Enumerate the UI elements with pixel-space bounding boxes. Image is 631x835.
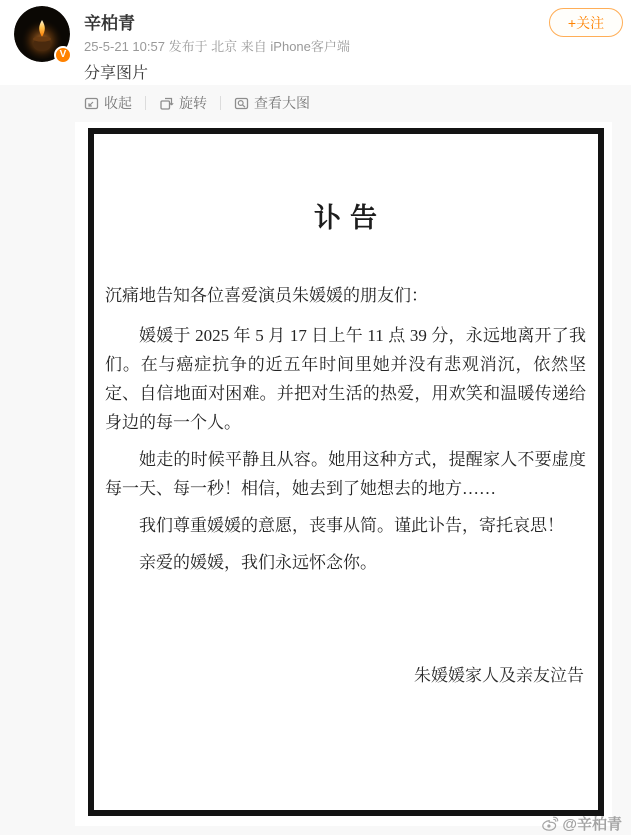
rotate-button[interactable]: 旋转 [159, 93, 207, 113]
username[interactable]: 辛柏青 [84, 9, 135, 34]
obituary-paragraph: 我们尊重媛媛的意愿，丧事从简。谨此讣告，寄托哀思！ [105, 511, 586, 540]
obituary-salutation: 沉痛地告知各位喜爱演员朱媛媛的朋友们： [105, 281, 586, 310]
rotate-label: 旋转 [179, 93, 207, 113]
obituary-paragraph: 亲爱的媛媛，我们永远怀念你。 [105, 548, 586, 577]
collapse-icon [84, 96, 99, 111]
obituary-paragraph: 媛媛于 2025 年 5 月 17 日上午 11 点 39 分，永远地离开了我们… [105, 321, 586, 437]
obituary-body: 沉痛地告知各位喜爱演员朱媛媛的朋友们： 媛媛于 2025 年 5 月 17 日上… [105, 281, 586, 577]
obituary-image[interactable]: 讣告 沉痛地告知各位喜爱演员朱媛媛的朋友们： 媛媛于 2025 年 5 月 17… [75, 122, 612, 826]
post-header: V 辛柏青 25-5-21 10:57 发布于 北京 来自 iPhone客户端 … [0, 0, 631, 85]
view-large-icon [234, 96, 249, 111]
follow-button[interactable]: +关注 [549, 8, 623, 37]
verified-badge-icon: V [54, 46, 72, 64]
obituary-paragraph: 她走的时候平静且从容。她用这种方式，提醒家人不要虚度每一天、每一秒！相信，她去到… [105, 445, 586, 503]
toolbar-divider [145, 96, 146, 110]
post-content-text: 分享图片 [84, 60, 148, 83]
weibo-post-page: V 辛柏青 25-5-21 10:57 发布于 北京 来自 iPhone客户端 … [0, 0, 631, 835]
collapse-button[interactable]: 收起 [84, 93, 132, 113]
obituary-frame: 讣告 沉痛地告知各位喜爱演员朱媛媛的朋友们： 媛媛于 2025 年 5 月 17… [88, 128, 604, 816]
obituary-signature: 朱媛媛家人及亲友泣告 [414, 661, 584, 686]
view-large-label: 查看大图 [254, 93, 310, 113]
image-viewer: 收起 旋转 查看大图 [0, 85, 631, 835]
watermark-text: @辛柏青 [562, 813, 622, 834]
post-meta: 25-5-21 10:57 发布于 北京 来自 iPhone客户端 [84, 36, 350, 55]
obituary-notice: 讣告 沉痛地告知各位喜爱演员朱媛媛的朋友们： 媛媛于 2025 年 5 月 17… [94, 134, 598, 810]
rotate-icon [159, 96, 174, 111]
watermark: @辛柏青 [542, 812, 622, 834]
weibo-logo-icon [542, 816, 559, 831]
collapse-label: 收起 [104, 93, 132, 113]
obituary-title: 讣告 [105, 196, 586, 235]
view-large-button[interactable]: 查看大图 [234, 93, 310, 113]
avatar[interactable]: V [14, 6, 70, 62]
toolbar-divider [220, 96, 221, 110]
image-toolbar: 收起 旋转 查看大图 [84, 92, 310, 114]
